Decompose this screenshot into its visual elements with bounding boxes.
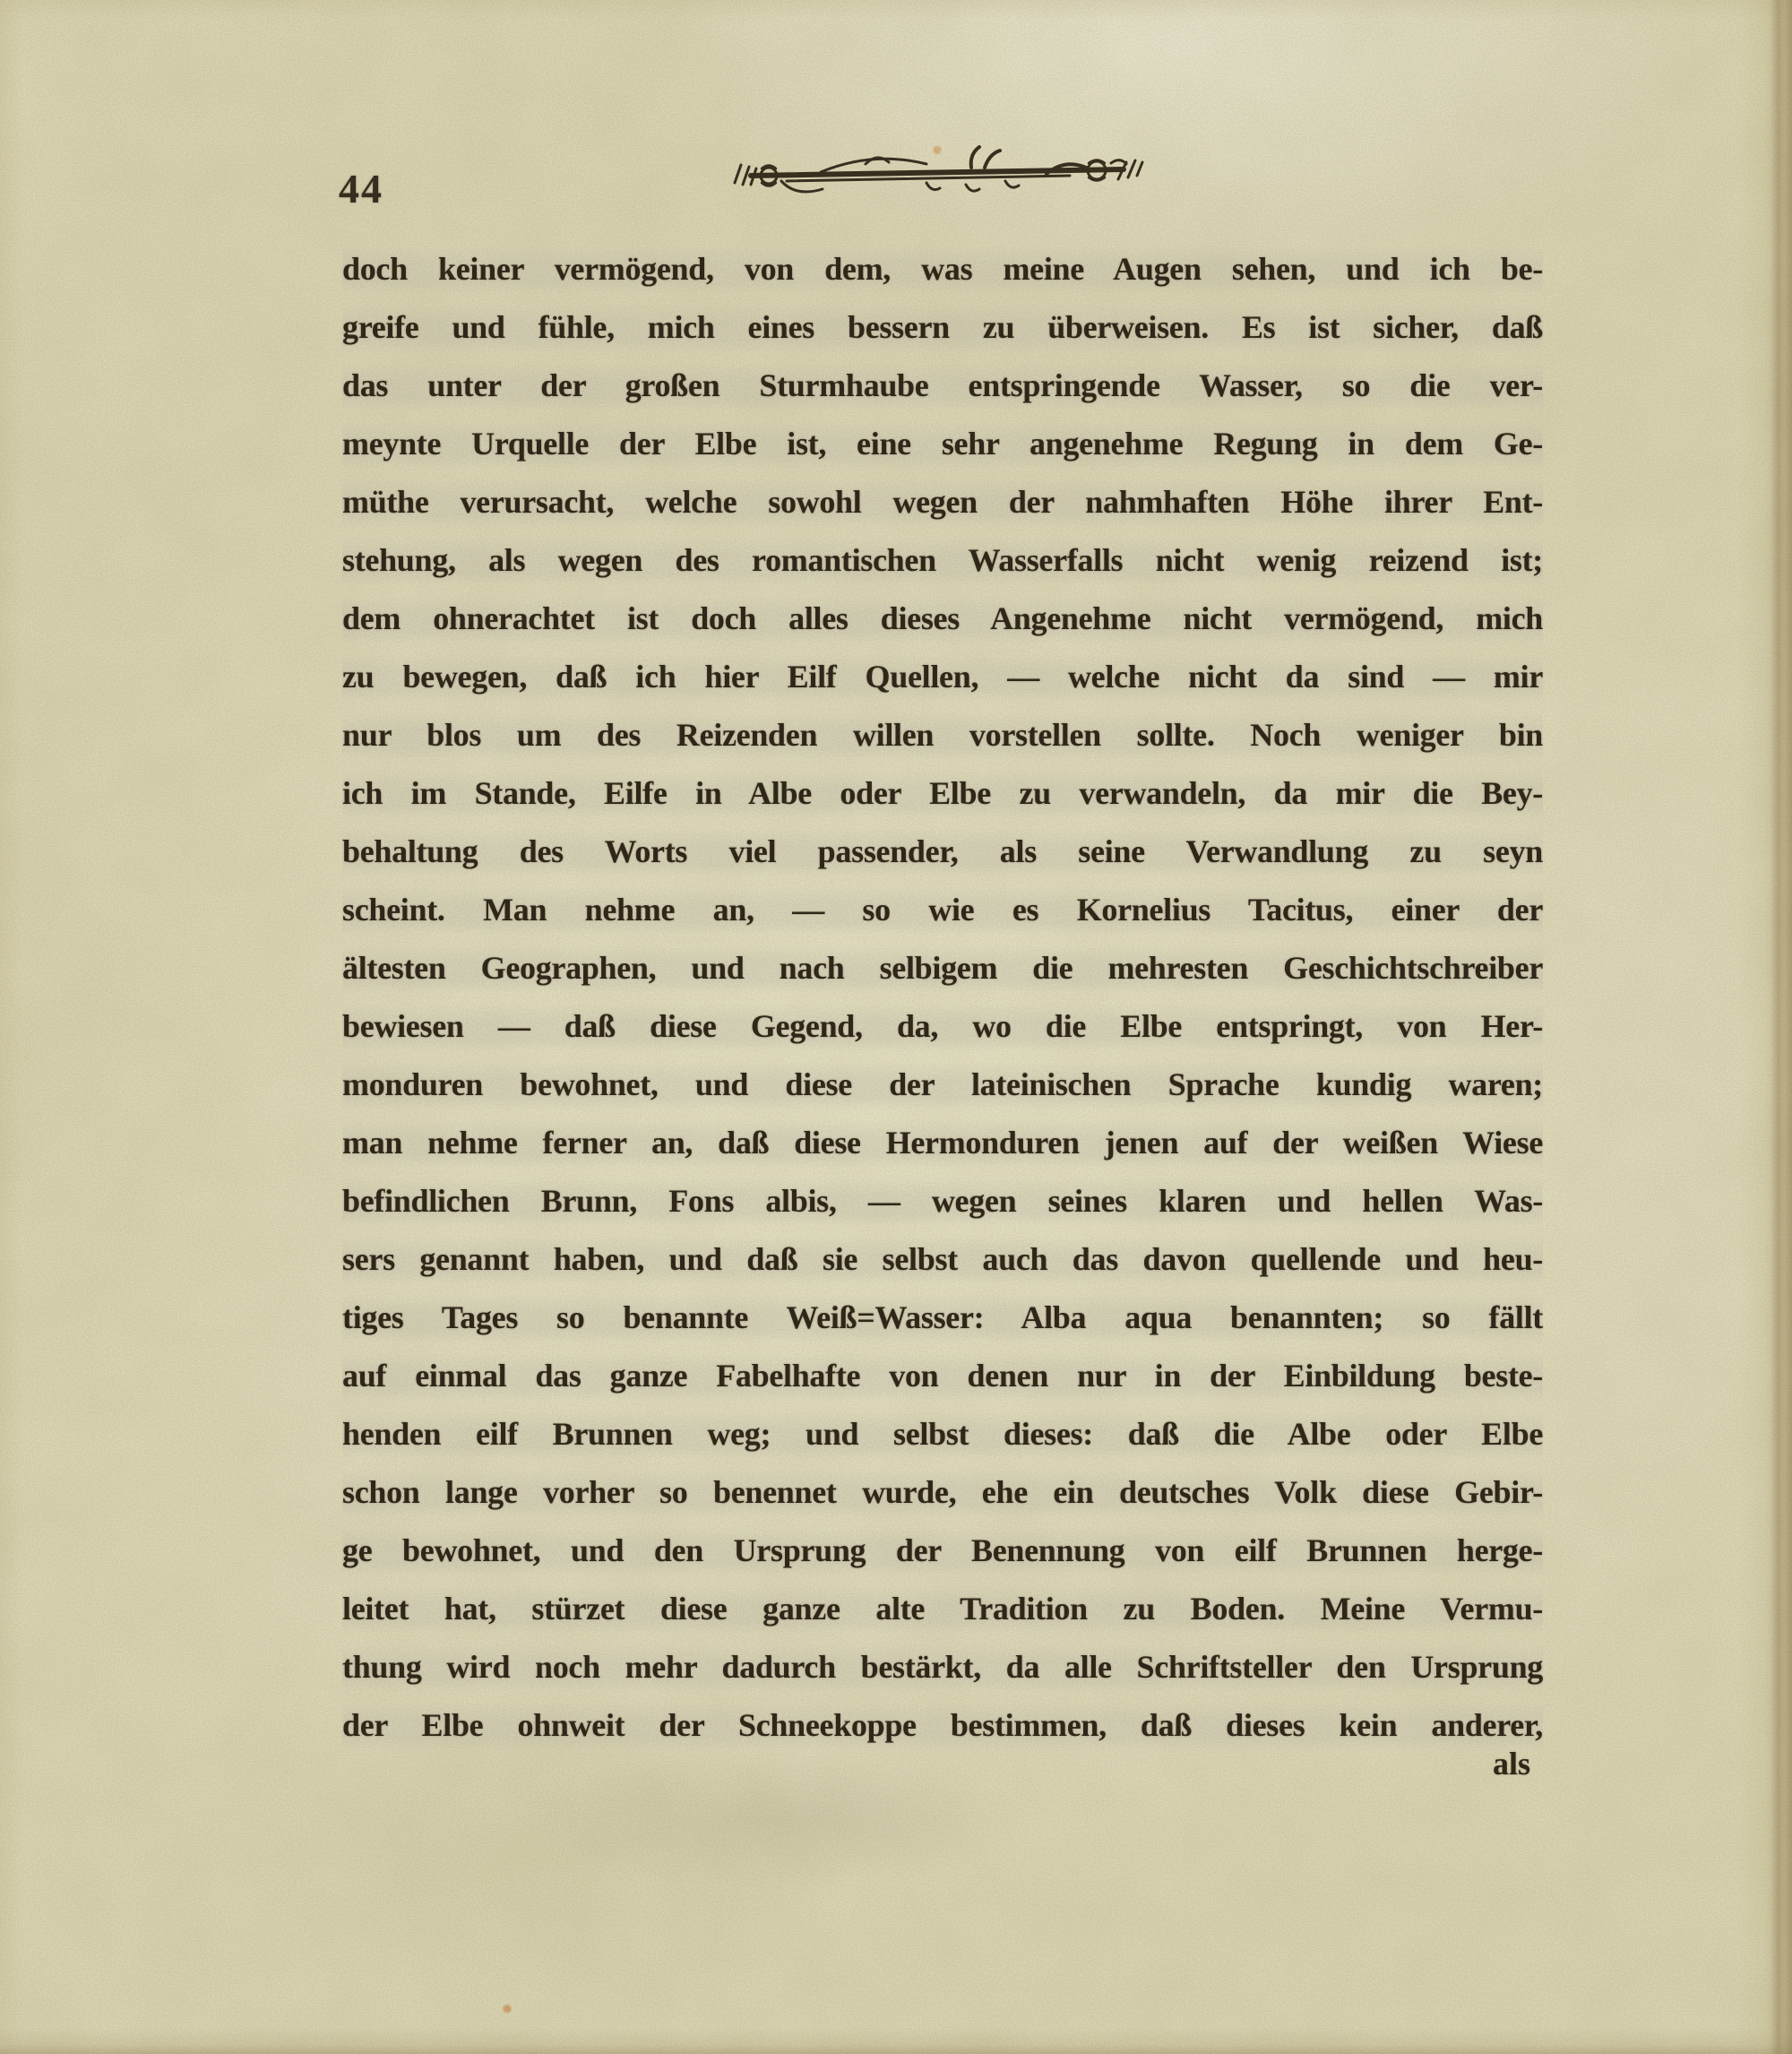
text-line: befindlichen Brunn, Fons albis, — wegen … [342, 1172, 1543, 1230]
text-line: müthe verursacht, welche sowohl wegen de… [342, 473, 1543, 531]
text-line: das unter der großen Sturmhaube entsprin… [342, 357, 1543, 415]
text-line: schon lange vorher so benennet wurde, eh… [342, 1463, 1543, 1522]
text-line: greife und fühle, mich eines bessern zu … [342, 298, 1543, 357]
text-line: dem ohnerachtet ist doch alles dieses An… [342, 590, 1543, 648]
text-line: scheint. Man nehme an, — so wie es Korne… [342, 881, 1543, 939]
text-line: ge bewohnet, und den Ursprung der Benenn… [342, 1522, 1543, 1580]
text-line: leitet hat, stürzet diese ganze alte Tra… [342, 1580, 1543, 1638]
text-line: ältesten Geographen, und nach selbigem d… [342, 939, 1543, 997]
text-line: tiges Tages so benannte Weiß=Wasser: Alb… [342, 1289, 1543, 1347]
text-line: man nehme ferner an, daß diese Hermondur… [342, 1114, 1543, 1172]
text-line: nur blos um des Reizenden willen vorstel… [342, 706, 1543, 764]
body-text: doch keiner vermögend, von dem, was mein… [342, 240, 1543, 1755]
text-line: thung wird noch mehr dadurch bestärkt, d… [342, 1638, 1543, 1696]
floral-rule-ornament-icon [730, 142, 1144, 204]
text-line: bewiesen — daß diese Gegend, da, wo die … [342, 997, 1543, 1056]
text-line: doch keiner vermögend, von dem, was mein… [342, 240, 1543, 298]
text-line: monduren bewohnet, und diese der lateini… [342, 1056, 1543, 1114]
text-line: zu bewegen, daß ich hier Eilf Quellen, —… [342, 648, 1543, 706]
text-line: meynte Urquelle der Elbe ist, eine sehr … [342, 415, 1543, 473]
text-line: ich im Stande, Eilfe in Albe oder Elbe z… [342, 764, 1543, 823]
text-line: sers genannt haben, und daß sie selbst a… [342, 1230, 1543, 1289]
book-page: 44 d [0, 0, 1792, 2054]
page-number: 44 [339, 165, 383, 212]
catchword: als [342, 1737, 1530, 1791]
text-line: henden eilf Brunnen weg; und selbst dies… [342, 1405, 1543, 1463]
text-line: stehung, als wegen des romantischen Wass… [342, 531, 1543, 590]
text-line: behaltung des Worts viel passender, als … [342, 823, 1543, 881]
text-line: auf einmal das ganze Fabelhafte von dene… [342, 1347, 1543, 1405]
